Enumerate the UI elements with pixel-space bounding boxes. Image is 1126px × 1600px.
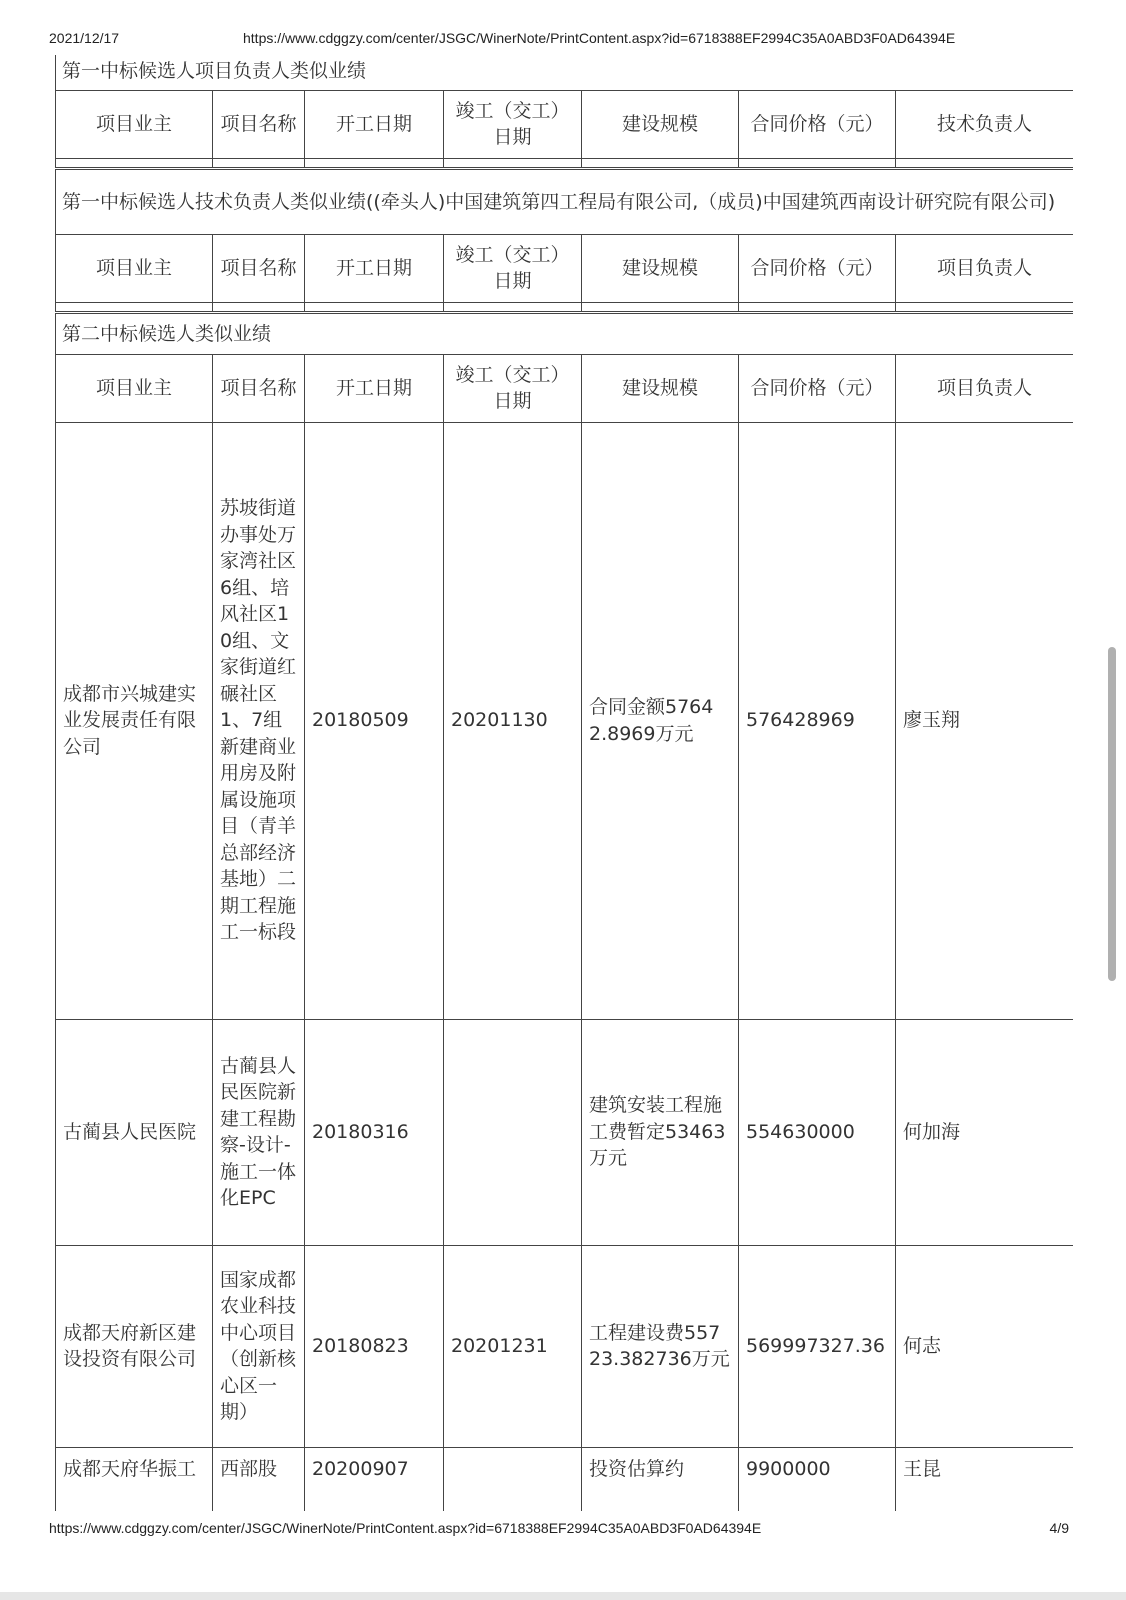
col-header-project-name: 项目名称: [213, 90, 305, 158]
col-header-completion-date: 竣工（交工）日期: [444, 234, 582, 302]
empty-row: [56, 302, 1074, 312]
print-footer-url: https://www.cdggzy.com/center/JSGC/Winer…: [49, 1520, 761, 1536]
empty-row: [56, 158, 1074, 168]
col-header-owner: 项目业主: [56, 354, 213, 422]
cell-scale: 投资估算约: [582, 1447, 739, 1511]
table-header-row: 项目业主 项目名称 开工日期 竣工（交工）日期 建设规模 合同价格（元） 技术负…: [56, 90, 1074, 158]
col-header-owner: 项目业主: [56, 234, 213, 302]
col-header-project-manager: 项目负责人: [896, 234, 1074, 302]
performance-table: 第一中标候选人项目负责人类似业绩 项目业主 项目名称 开工日期 竣工（交工）日期…: [55, 55, 1073, 1511]
section-title-row: 第一中标候选人技术负责人类似业绩((牵头人)中国建筑第四工程局有限公司,（成员)…: [56, 168, 1074, 234]
col-header-start-date: 开工日期: [305, 354, 444, 422]
results-document: 第一中标候选人项目负责人类似业绩 项目业主 项目名称 开工日期 竣工（交工）日期…: [55, 55, 1073, 1511]
cell-project-name: 西部股: [213, 1447, 305, 1511]
scrollbar-thumb[interactable]: [1108, 647, 1116, 981]
cell-contract-price: 9900000: [739, 1447, 896, 1511]
table-header-row: 项目业主 项目名称 开工日期 竣工（交工）日期 建设规模 合同价格（元） 项目负…: [56, 234, 1074, 302]
table-row: 成都天府新区建设投资有限公司 国家成都农业科技中心项目（创新核心区一期） 201…: [56, 1245, 1074, 1447]
cell-contract-price: 569997327.36: [739, 1245, 896, 1447]
cell-completion-date: [444, 1447, 582, 1511]
col-header-project-manager: 项目负责人: [896, 354, 1074, 422]
cell-manager: 何加海: [896, 1019, 1074, 1245]
print-date: 2021/12/17: [49, 30, 119, 46]
table-row: 成都天府华振工 西部股 20200907 投资估算约 9900000 王昆: [56, 1447, 1074, 1511]
cell-completion-date: [444, 1019, 582, 1245]
cell-contract-price: 576428969: [739, 422, 896, 1019]
cell-start-date: 20200907: [305, 1447, 444, 1511]
cell-owner: 古蔺县人民医院: [56, 1019, 213, 1245]
section-title-row: 第二中标候选人类似业绩: [56, 312, 1074, 354]
col-header-contract-price: 合同价格（元）: [739, 234, 896, 302]
cell-project-name: 苏坡街道办事处万家湾社区6组、培风社区10组、文家街道红碾社区1、7组新建商业用…: [213, 422, 305, 1019]
col-header-scale: 建设规模: [582, 90, 739, 158]
table-row: 成都市兴城建实业发展责任有限公司 苏坡街道办事处万家湾社区6组、培风社区10组、…: [56, 422, 1074, 1019]
col-header-tech-lead: 技术负责人: [896, 90, 1074, 158]
print-page: 2021/12/17 https://www.cdggzy.com/center…: [0, 0, 1126, 1592]
cell-completion-date: 20201130: [444, 422, 582, 1019]
cell-manager: 王昆: [896, 1447, 1074, 1511]
cell-project-name: 古蔺县人民医院新建工程勘察-设计-施工一体化EPC: [213, 1019, 305, 1245]
cell-owner: 成都市兴城建实业发展责任有限公司: [56, 422, 213, 1019]
cell-manager: 廖玉翔: [896, 422, 1074, 1019]
page-bottom-edge: [0, 1592, 1126, 1600]
col-header-completion-date: 竣工（交工）日期: [444, 90, 582, 158]
section-title: 第二中标候选人类似业绩: [56, 312, 1074, 354]
col-header-completion-date: 竣工（交工）日期: [444, 354, 582, 422]
print-url: https://www.cdggzy.com/center/JSGC/Winer…: [243, 30, 955, 46]
col-header-start-date: 开工日期: [305, 90, 444, 158]
col-header-owner: 项目业主: [56, 90, 213, 158]
col-header-contract-price: 合同价格（元）: [739, 354, 896, 422]
col-header-project-name: 项目名称: [213, 234, 305, 302]
cell-start-date: 20180316: [305, 1019, 444, 1245]
cell-start-date: 20180823: [305, 1245, 444, 1447]
cell-start-date: 20180509: [305, 422, 444, 1019]
cell-scale: 工程建设费55723.382736万元: [582, 1245, 739, 1447]
col-header-contract-price: 合同价格（元）: [739, 90, 896, 158]
col-header-scale: 建设规模: [582, 354, 739, 422]
cell-scale: 合同金额57642.8969万元: [582, 422, 739, 1019]
section-title: 第一中标候选人技术负责人类似业绩((牵头人)中国建筑第四工程局有限公司,（成员)…: [56, 168, 1074, 234]
cell-project-name: 国家成都农业科技中心项目（创新核心区一期）: [213, 1245, 305, 1447]
table-header-row: 项目业主 项目名称 开工日期 竣工（交工）日期 建设规模 合同价格（元） 项目负…: [56, 354, 1074, 422]
cell-completion-date: 20201231: [444, 1245, 582, 1447]
cell-owner: 成都天府华振工: [56, 1447, 213, 1511]
section-title: 第一中标候选人项目负责人类似业绩: [56, 55, 1074, 90]
cell-owner: 成都天府新区建设投资有限公司: [56, 1245, 213, 1447]
col-header-project-name: 项目名称: [213, 354, 305, 422]
print-header: 2021/12/17 https://www.cdggzy.com/center…: [49, 30, 1086, 48]
section-title-row: 第一中标候选人项目负责人类似业绩: [56, 55, 1074, 90]
table-row: 古蔺县人民医院 古蔺县人民医院新建工程勘察-设计-施工一体化EPC 201803…: [56, 1019, 1074, 1245]
cell-manager: 何志: [896, 1245, 1074, 1447]
print-footer: https://www.cdggzy.com/center/JSGC/Winer…: [49, 1520, 1069, 1538]
col-header-start-date: 开工日期: [305, 234, 444, 302]
cell-contract-price: 554630000: [739, 1019, 896, 1245]
page-number: 4/9: [1050, 1520, 1069, 1536]
cell-scale: 建筑安装工程施工费暂定53463万元: [582, 1019, 739, 1245]
col-header-scale: 建设规模: [582, 234, 739, 302]
